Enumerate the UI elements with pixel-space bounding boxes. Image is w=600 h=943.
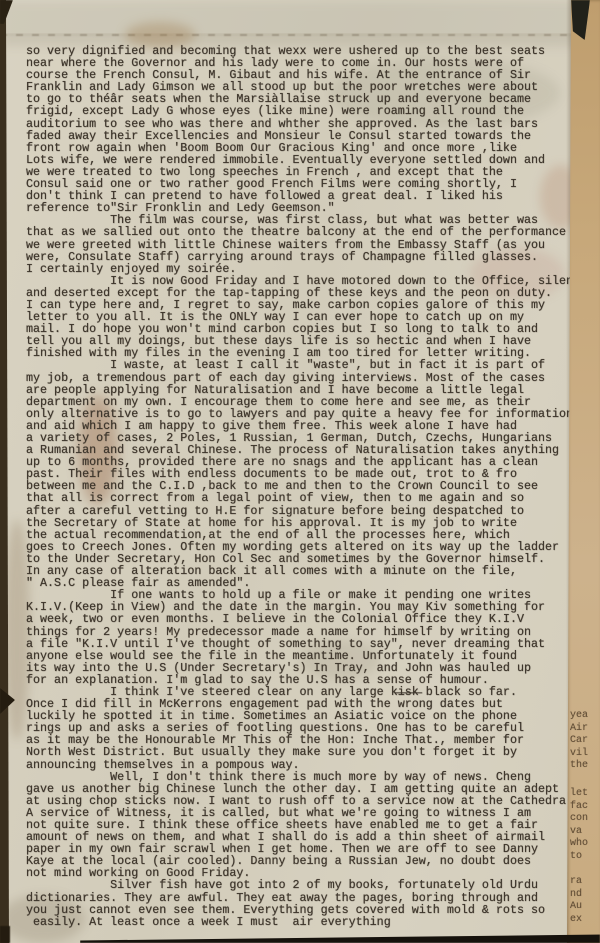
paper-fold-crease bbox=[0, 34, 600, 36]
letter-text: so very dignified and becoming that wexx… bbox=[26, 45, 596, 928]
dark-corner-bottom-left bbox=[0, 926, 10, 943]
second-page-text-fragment: ra nd Au ex bbox=[570, 876, 582, 926]
letter-paragraph: It is now Good Friday and I have motored… bbox=[26, 275, 596, 360]
second-page-text-fragment: yea Air Car vil the bbox=[570, 710, 588, 773]
letter-paragraph: If one wants to hold up a file or make i… bbox=[26, 589, 596, 686]
paper-fold-highlight bbox=[0, 0, 600, 33]
second-page-edge: yea Air Car vil thelet fac con va who to… bbox=[566, 0, 600, 943]
second-page-text-fragment: let fac con va who to bbox=[570, 788, 588, 864]
letter-paragraph: I waste, at least I call it "waste", but… bbox=[26, 359, 596, 589]
letter-paragraph: Silver fish have got into 2 of my books,… bbox=[26, 879, 596, 927]
letter-paragraph: I think I've steered clear on any large … bbox=[26, 686, 596, 771]
letter-sheet: so very dignified and becoming that wexx… bbox=[0, 0, 600, 943]
letter-paragraph: Well, I don't think there is much more b… bbox=[26, 771, 596, 880]
letter-paragraph: The film was course, was first class, bu… bbox=[26, 214, 596, 274]
scanned-letter-page: yea Air Car vil thelet fac con va who to… bbox=[0, 0, 600, 943]
letter-paragraph: so very dignified and becoming that wexx… bbox=[26, 45, 596, 214]
